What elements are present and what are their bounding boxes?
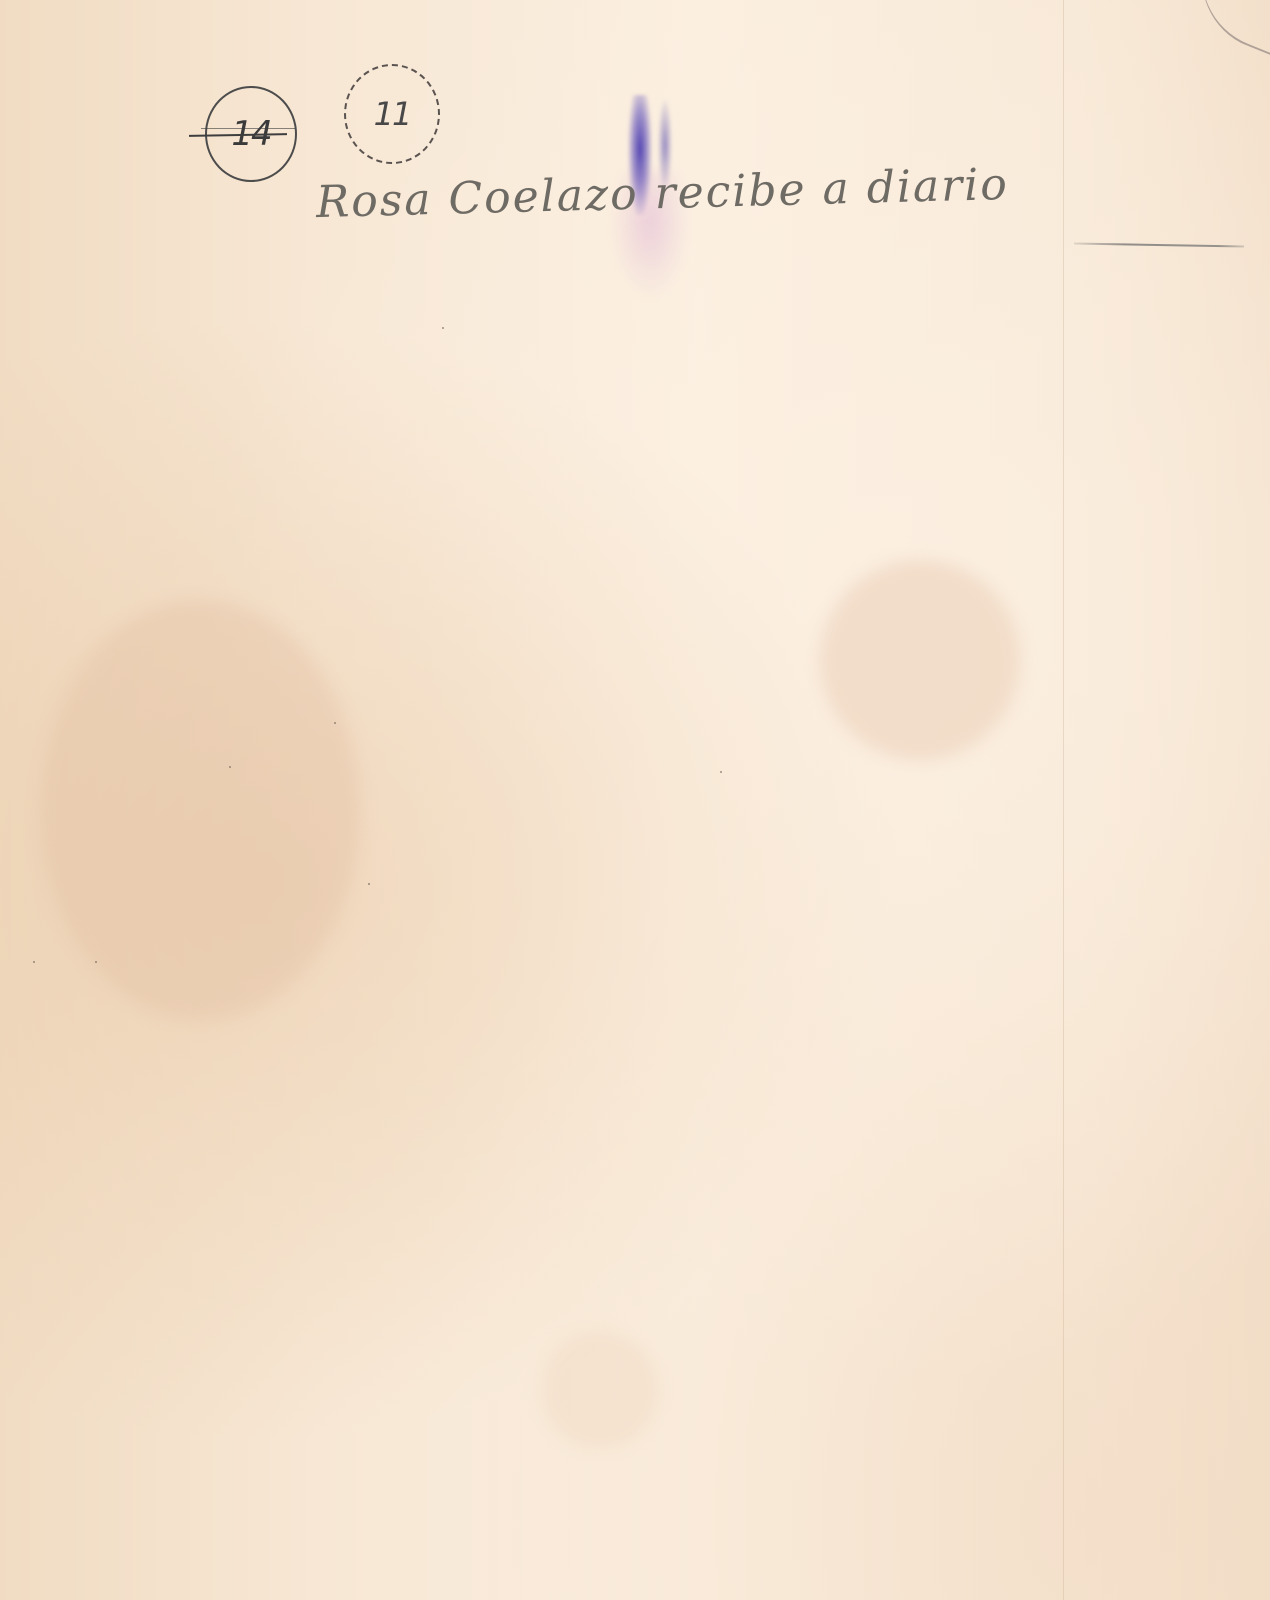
paper-stain — [40, 600, 360, 1020]
handwritten-caption: Rosa Coelazo recibe a diario — [315, 159, 1009, 228]
page-corner-curl — [1181, 0, 1270, 60]
paper-speck — [720, 771, 722, 773]
paper-speck — [33, 961, 35, 963]
paper-speck — [334, 722, 336, 724]
paper-fold-line — [1063, 0, 1064, 1600]
paper-speck — [229, 766, 231, 768]
crossed-out-number-circle: 14 — [205, 86, 297, 182]
paper-speck — [442, 327, 444, 329]
paper-speck — [368, 883, 370, 885]
page-number: 11 — [374, 95, 411, 133]
page-number-circle: 11 — [344, 64, 440, 164]
paper-stain — [540, 1330, 660, 1450]
paper-stain — [820, 560, 1020, 760]
strike-through-line — [201, 128, 295, 129]
paper-speck — [95, 961, 97, 963]
document-page: 14 11 Rosa Coelazo recibe a diario — [0, 0, 1270, 1600]
pencil-rule-line — [1074, 243, 1244, 248]
